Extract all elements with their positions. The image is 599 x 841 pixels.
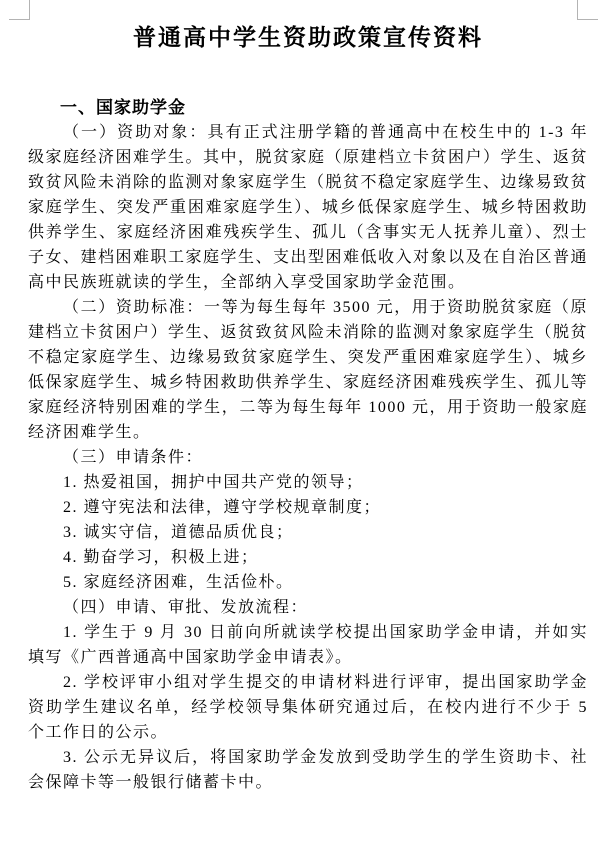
paragraph: 4. 勤奋学习，积极上进； bbox=[28, 545, 588, 570]
paragraph: 5. 家庭经济困难，生活俭朴。 bbox=[28, 570, 588, 595]
paragraph: （一）资助对象：具有正式注册学籍的普通高中在校生中的 1-3 年级家庭经济困难学… bbox=[28, 120, 588, 295]
paragraph: 3. 诚实守信，道德品质优良； bbox=[28, 520, 588, 545]
section-heading: 一、国家助学金 bbox=[28, 95, 588, 120]
paragraph: 2. 遵守宪法和法律，遵守学校规章制度； bbox=[28, 495, 588, 520]
text-boundary-mark-top-left-vertical bbox=[29, 0, 30, 20]
document-body: （一）资助对象：具有正式注册学籍的普通高中在校生中的 1-3 年级家庭经济困难学… bbox=[28, 120, 588, 795]
paragraph: 3. 公示无异议后，将国家助学金发放到受助学生的学生资助卡、社会保障卡等一般银行… bbox=[28, 745, 588, 795]
document-title: 普通高中学生资助政策宣传资料 bbox=[28, 19, 588, 57]
text-boundary-mark-top-right-vertical bbox=[577, 0, 578, 20]
document-page: 普通高中学生资助政策宣传资料 一、国家助学金 （一）资助对象：具有正式注册学籍的… bbox=[0, 0, 599, 841]
paragraph: 1. 学生于 9 月 30 日前向所就读学校提出国家助学金申请，并如实填写《广西… bbox=[28, 620, 588, 670]
document-content: 普通高中学生资助政策宣传资料 一、国家助学金 （一）资助对象：具有正式注册学籍的… bbox=[28, 19, 588, 795]
paragraph: （三）申请条件： bbox=[28, 445, 588, 470]
paragraph: 1. 热爱祖国，拥护中国共产党的领导； bbox=[28, 470, 588, 495]
paragraph: 2. 学校评审小组对学生提交的申请材料进行评审，提出国家助学金资助学生建议名单，… bbox=[28, 670, 588, 745]
text-boundary-mark-top-left-horizontal bbox=[9, 19, 30, 20]
paragraph: （四）申请、审批、发放流程： bbox=[28, 595, 588, 620]
paragraph: （二）资助标准：一等为每生每年 3500 元，用于资助脱贫家庭（原建档立卡贫困户… bbox=[28, 295, 588, 445]
